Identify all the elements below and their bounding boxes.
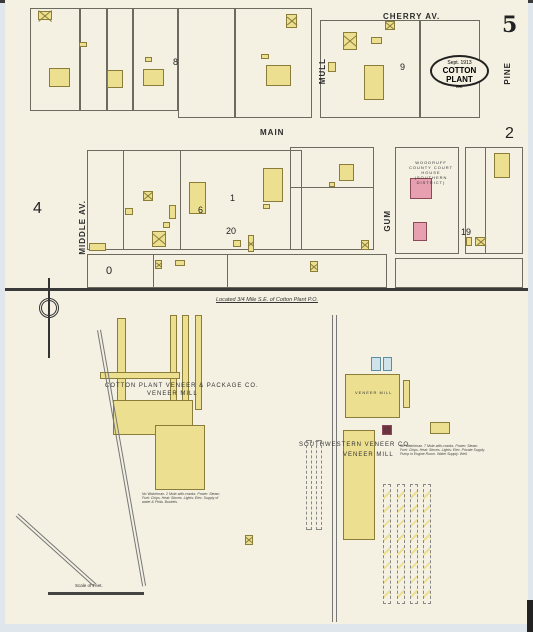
outbuilding	[328, 62, 336, 72]
lot	[30, 8, 80, 111]
stone-building	[383, 357, 392, 371]
lumber-yard	[423, 484, 431, 604]
title-town: COTTON PLANT	[432, 66, 487, 84]
lumber-yard	[306, 440, 312, 530]
lot-line	[180, 150, 181, 250]
block-number-19: 19	[461, 227, 471, 237]
scale-label: Scale of Feet.	[75, 583, 103, 588]
title-state: Ark.	[432, 84, 487, 89]
veneer-mill-label: VENEER MILL	[355, 390, 392, 395]
location-note: Located 3/4 Mile S.E. of Cotton Plant P.…	[216, 297, 318, 303]
dwelling	[339, 164, 354, 181]
spur-track	[332, 315, 337, 622]
lot	[107, 8, 133, 111]
lot-line	[153, 254, 154, 288]
street-label-main: MAIN	[260, 128, 284, 137]
outbuilding	[125, 208, 133, 215]
lumber-yard	[316, 440, 322, 530]
street-label-mull: MULL	[318, 58, 327, 84]
boiler-room	[382, 425, 392, 435]
shed	[248, 235, 254, 252]
outbuilding	[371, 37, 382, 44]
map-sheet: Sept. 1913 COTTON PLANT Ark. 5 CHERRY AV…	[5, 0, 528, 624]
adjacent-sheet-right: 2	[505, 125, 514, 143]
outbuilding	[233, 240, 241, 247]
outbuilding	[430, 422, 450, 434]
block-number-1: 1	[230, 193, 235, 203]
outbuilding	[466, 237, 472, 246]
outbuilding	[169, 205, 176, 219]
block	[395, 258, 523, 288]
shed	[385, 21, 395, 30]
outbuilding	[145, 57, 152, 62]
lot	[133, 8, 178, 111]
outbuilding	[403, 380, 410, 408]
outbuilding	[163, 222, 170, 228]
street-label-cherry: CHERRY AV.	[383, 12, 440, 21]
cp-mill-label: VENEER MILL	[147, 391, 198, 397]
block-number-9: 9	[400, 62, 405, 72]
dwelling	[49, 68, 70, 87]
spur-track	[16, 514, 97, 587]
dwelling	[107, 70, 123, 88]
lot-line	[227, 254, 228, 288]
shed	[286, 14, 297, 28]
courthouse-label: WOODRUFF COUNTY COURT HOUSE (SOUTHERN DI…	[408, 160, 454, 185]
street-label-middle: MIDDLE AV.	[78, 200, 87, 255]
outbuilding	[329, 182, 335, 187]
brick-building	[413, 222, 427, 241]
block-number-20: 20	[226, 226, 236, 236]
shed	[310, 261, 318, 272]
stone-building	[371, 357, 381, 371]
dwelling	[364, 65, 384, 100]
lumber-yard	[397, 484, 405, 604]
block-number-8: 8	[173, 57, 178, 67]
edge-marker	[527, 600, 533, 632]
street-label-gum: GUM	[383, 210, 392, 232]
north-arrow-icon	[48, 278, 50, 358]
shed	[361, 240, 369, 250]
block-number-6: 6	[198, 205, 203, 215]
dwelling	[263, 168, 283, 202]
lumber-yard	[410, 484, 418, 604]
veneer-mill	[345, 374, 400, 418]
lot-line	[123, 150, 124, 250]
street-label-pine: PINE	[503, 62, 512, 85]
block-number-0: 0	[106, 265, 112, 277]
sw-fire-note: No Watchman. 7 Mule-with-cranks. Power: …	[400, 444, 485, 456]
lumber-yard	[383, 484, 391, 604]
shed	[143, 191, 153, 201]
outbuilding	[261, 54, 269, 59]
title-cartouche: Sept. 1913 COTTON PLANT Ark.	[430, 55, 489, 87]
shed	[245, 535, 253, 545]
lot	[235, 8, 312, 118]
shed	[475, 237, 486, 246]
dwelling	[266, 65, 291, 86]
block	[290, 147, 374, 250]
scale-bar	[48, 592, 144, 595]
shed	[152, 231, 166, 247]
sheet-number: 5	[502, 12, 517, 38]
shed	[38, 11, 52, 20]
driveway-shed	[100, 372, 180, 379]
outbuilding	[79, 42, 87, 47]
lot	[178, 8, 235, 118]
shed	[343, 32, 357, 50]
sw-mill-label: VENEER MILL	[343, 452, 394, 458]
outbuilding	[263, 204, 270, 209]
outbuilding	[175, 260, 185, 266]
dwelling	[143, 69, 164, 86]
cp-fire-note: No Watchman. 2 Mule-with-cranks. Power: …	[142, 492, 224, 504]
lumber-shed	[117, 318, 126, 408]
block	[87, 254, 387, 288]
veneer-mill	[155, 425, 205, 490]
adjacent-sheet-left: 4	[33, 200, 42, 218]
dwelling	[494, 153, 510, 178]
shed	[155, 260, 162, 269]
railroad-track	[5, 288, 528, 291]
outbuilding	[89, 243, 106, 251]
cp-company-label: COTTON PLANT VENEER & PACKAGE CO.	[105, 383, 259, 389]
lot	[80, 8, 107, 111]
lot-line	[290, 187, 374, 188]
